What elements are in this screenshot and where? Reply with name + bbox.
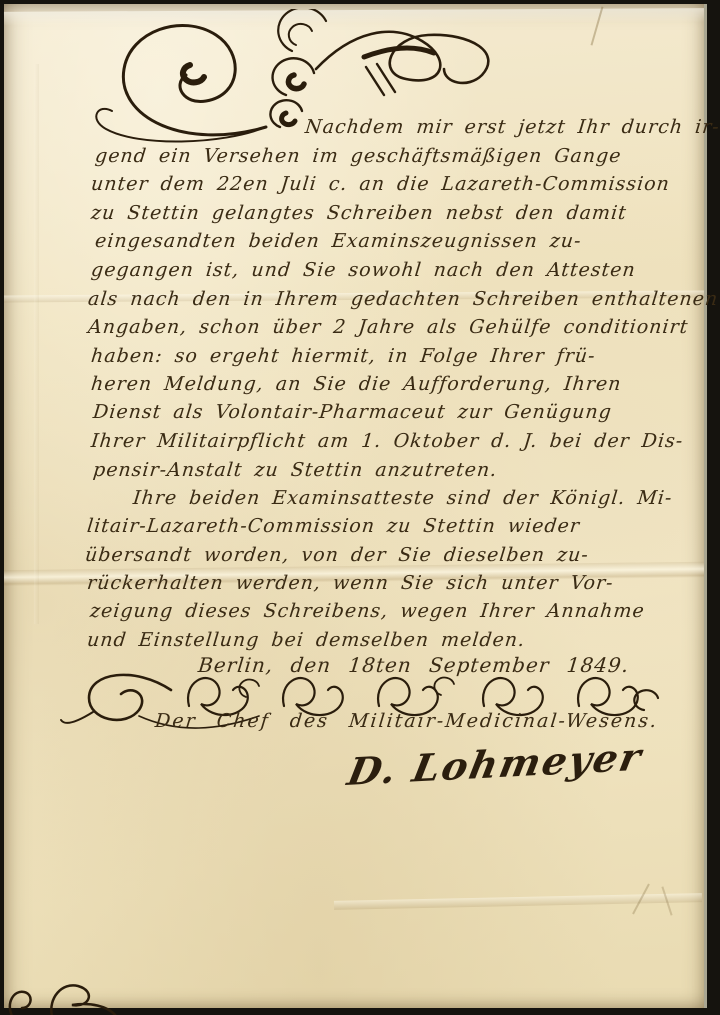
letter-line: als nach den in Ihrem gedachten Schreibe… (87, 288, 719, 310)
letter-line: zu Stettin gelangtes Schreiben nebst den… (90, 202, 628, 224)
signature: D. Lohmeyer (344, 734, 647, 794)
letter-line: unter dem 22en Juli c. an die Lazareth-C… (90, 173, 671, 195)
letter-line: eingesandten beiden Examinszeugnissen zu… (94, 230, 583, 252)
cutoff-pen-strokes-icon (4, 976, 124, 1015)
letter-line: Dienst als Volontair-Pharmaceut zur Genü… (92, 401, 613, 423)
letter-line: übersandt worden, von der Sie dieselben … (84, 544, 590, 566)
signoff-line: Der Chef des Militair-Medicinal-Wesens. (154, 710, 659, 732)
letter-line: Nachdem mir erst jetzt Ihr durch ir- (304, 116, 720, 138)
letter-line: Ihre beiden Examinsatteste sind der Köni… (132, 487, 674, 509)
letter-line: rückerhalten werden, wenn Sie sich unter… (86, 572, 615, 594)
letter-line: zeigung dieses Schreibens, wegen Ihrer A… (89, 600, 646, 622)
letter-line: Angaben, schon über 2 Jahre als Gehülfe … (87, 316, 689, 338)
letter-line: und Einstellung bei demselben melden. (86, 629, 526, 651)
letter-line: litair-Lazareth-Commission zu Stettin wi… (86, 515, 581, 537)
letter-line: gend ein Versehen im geschäftsmäßigen Ga… (94, 145, 623, 167)
crumple-line-icon (632, 884, 650, 915)
letter-line: haben: so ergeht hiermit, in Folge Ihrer… (90, 345, 597, 367)
crumple-line-icon (661, 886, 672, 915)
letter-line: Ihrer Militairpflicht am 1. Oktober d. J… (90, 430, 684, 452)
fold-crease-vertical (34, 64, 39, 624)
scanned-letter: Nachdem mir erst jetzt Ihr durch ir- gen… (0, 0, 720, 1015)
letter-line: gegangen ist, und Sie sowohl nach den At… (90, 259, 637, 281)
paper-top-edge-highlight (4, 8, 704, 26)
crumple-line-icon (591, 6, 604, 45)
dateline: Berlin, den 18ten September 1849. (197, 653, 630, 677)
fold-crease-lower (334, 893, 702, 910)
letter-line: pensir-Anstalt zu Stettin anzutreten. (92, 459, 498, 481)
letter-line: heren Meldung, an Sie die Aufforderung, … (90, 373, 623, 395)
paper-sheet: Nachdem mir erst jetzt Ihr durch ir- gen… (4, 4, 707, 1008)
